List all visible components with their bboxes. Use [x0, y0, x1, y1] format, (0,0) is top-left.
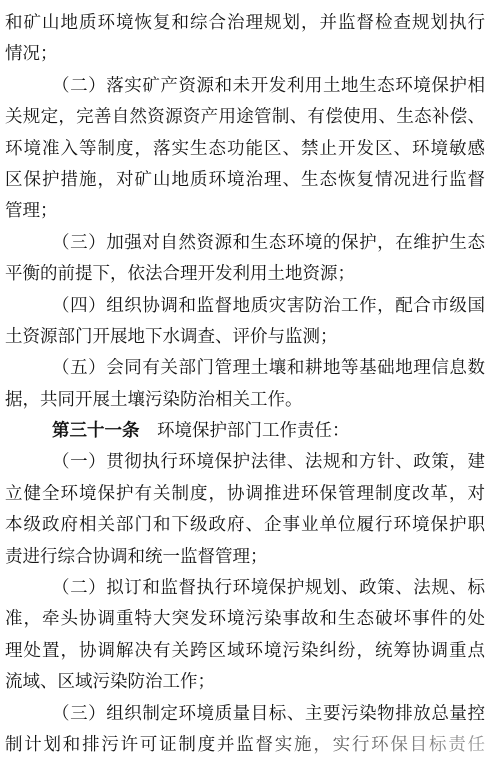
- text-line: 流域、区域污染防治工作；: [5, 666, 485, 697]
- text-line: （一）贯彻执行环境保护法律、法规和方针、政策，建: [5, 446, 485, 477]
- text-line: 据，共同开展土壤污染防治相关工作。: [5, 384, 485, 415]
- text-line: （四）组织协调和监督地质灾害防治工作，配合市级国: [5, 290, 485, 321]
- text-line: 土资源部门开展地下水调查、评价与监测；: [5, 321, 485, 352]
- document-page: 和矿山地质环境恢复和综合治理规划，并监督检查规划执行情况；（二）落实矿产资源和未…: [0, 0, 496, 761]
- article-number: 第三十一条: [52, 420, 140, 440]
- text-line: 第三十一条 环境保护部门工作责任：: [5, 415, 485, 446]
- text-line: 责进行综合协调和统一监督管理；: [5, 541, 485, 572]
- text-line: 准，牵头协调重特大突发环境污染事故和生态破坏事件的处: [5, 603, 485, 634]
- article-title: 环境保护部门工作责任：: [140, 420, 350, 440]
- text-line: 立健全环境保护有关制度，协调推进环保管理制度改革，对: [5, 478, 485, 509]
- text-line: 理处置，协调解决有关跨区域环境污染纠纷，统筹协调重点: [5, 635, 485, 666]
- text-line: 区保护措施，对矿山地质环境治理、生态恢复情况进行监督: [5, 164, 485, 195]
- text-line: 本级政府相关部门和下级政府、企事业单位履行环境保护职: [5, 509, 485, 540]
- text-line: 关规定，完善自然资源资产用途管制、有偿使用、生态补偿、: [5, 101, 485, 132]
- text-line: 和矿山地质环境恢复和综合治理规划，并监督检查规划执行: [5, 7, 485, 38]
- text-line: 情况；: [5, 38, 485, 69]
- text-line: 制计划和排污许可证制度并监督实施，实行环保目标责任: [5, 729, 485, 760]
- text-line: （二）拟订和监督执行环境保护规划、政策、法规、标: [5, 572, 485, 603]
- text-line: （三）加强对自然资源和生态环境的保护，在维护生态: [5, 227, 485, 258]
- text-line: 平衡的前提下，依法合理开发利用土地资源；: [5, 258, 485, 289]
- text-line: （五）会同有关部门管理土壤和耕地等基础地理信息数: [5, 352, 485, 383]
- text-line: （三）组织制定环境质量目标、主要污染物排放总量控: [5, 698, 485, 729]
- text-line: 管理；: [5, 195, 485, 226]
- text-line: 环境准入等制度，落实生态功能区、禁止开发区、环境敏感: [5, 133, 485, 164]
- text-line: （二）落实矿产资源和未开发利用土地生态环境保护相: [5, 70, 485, 101]
